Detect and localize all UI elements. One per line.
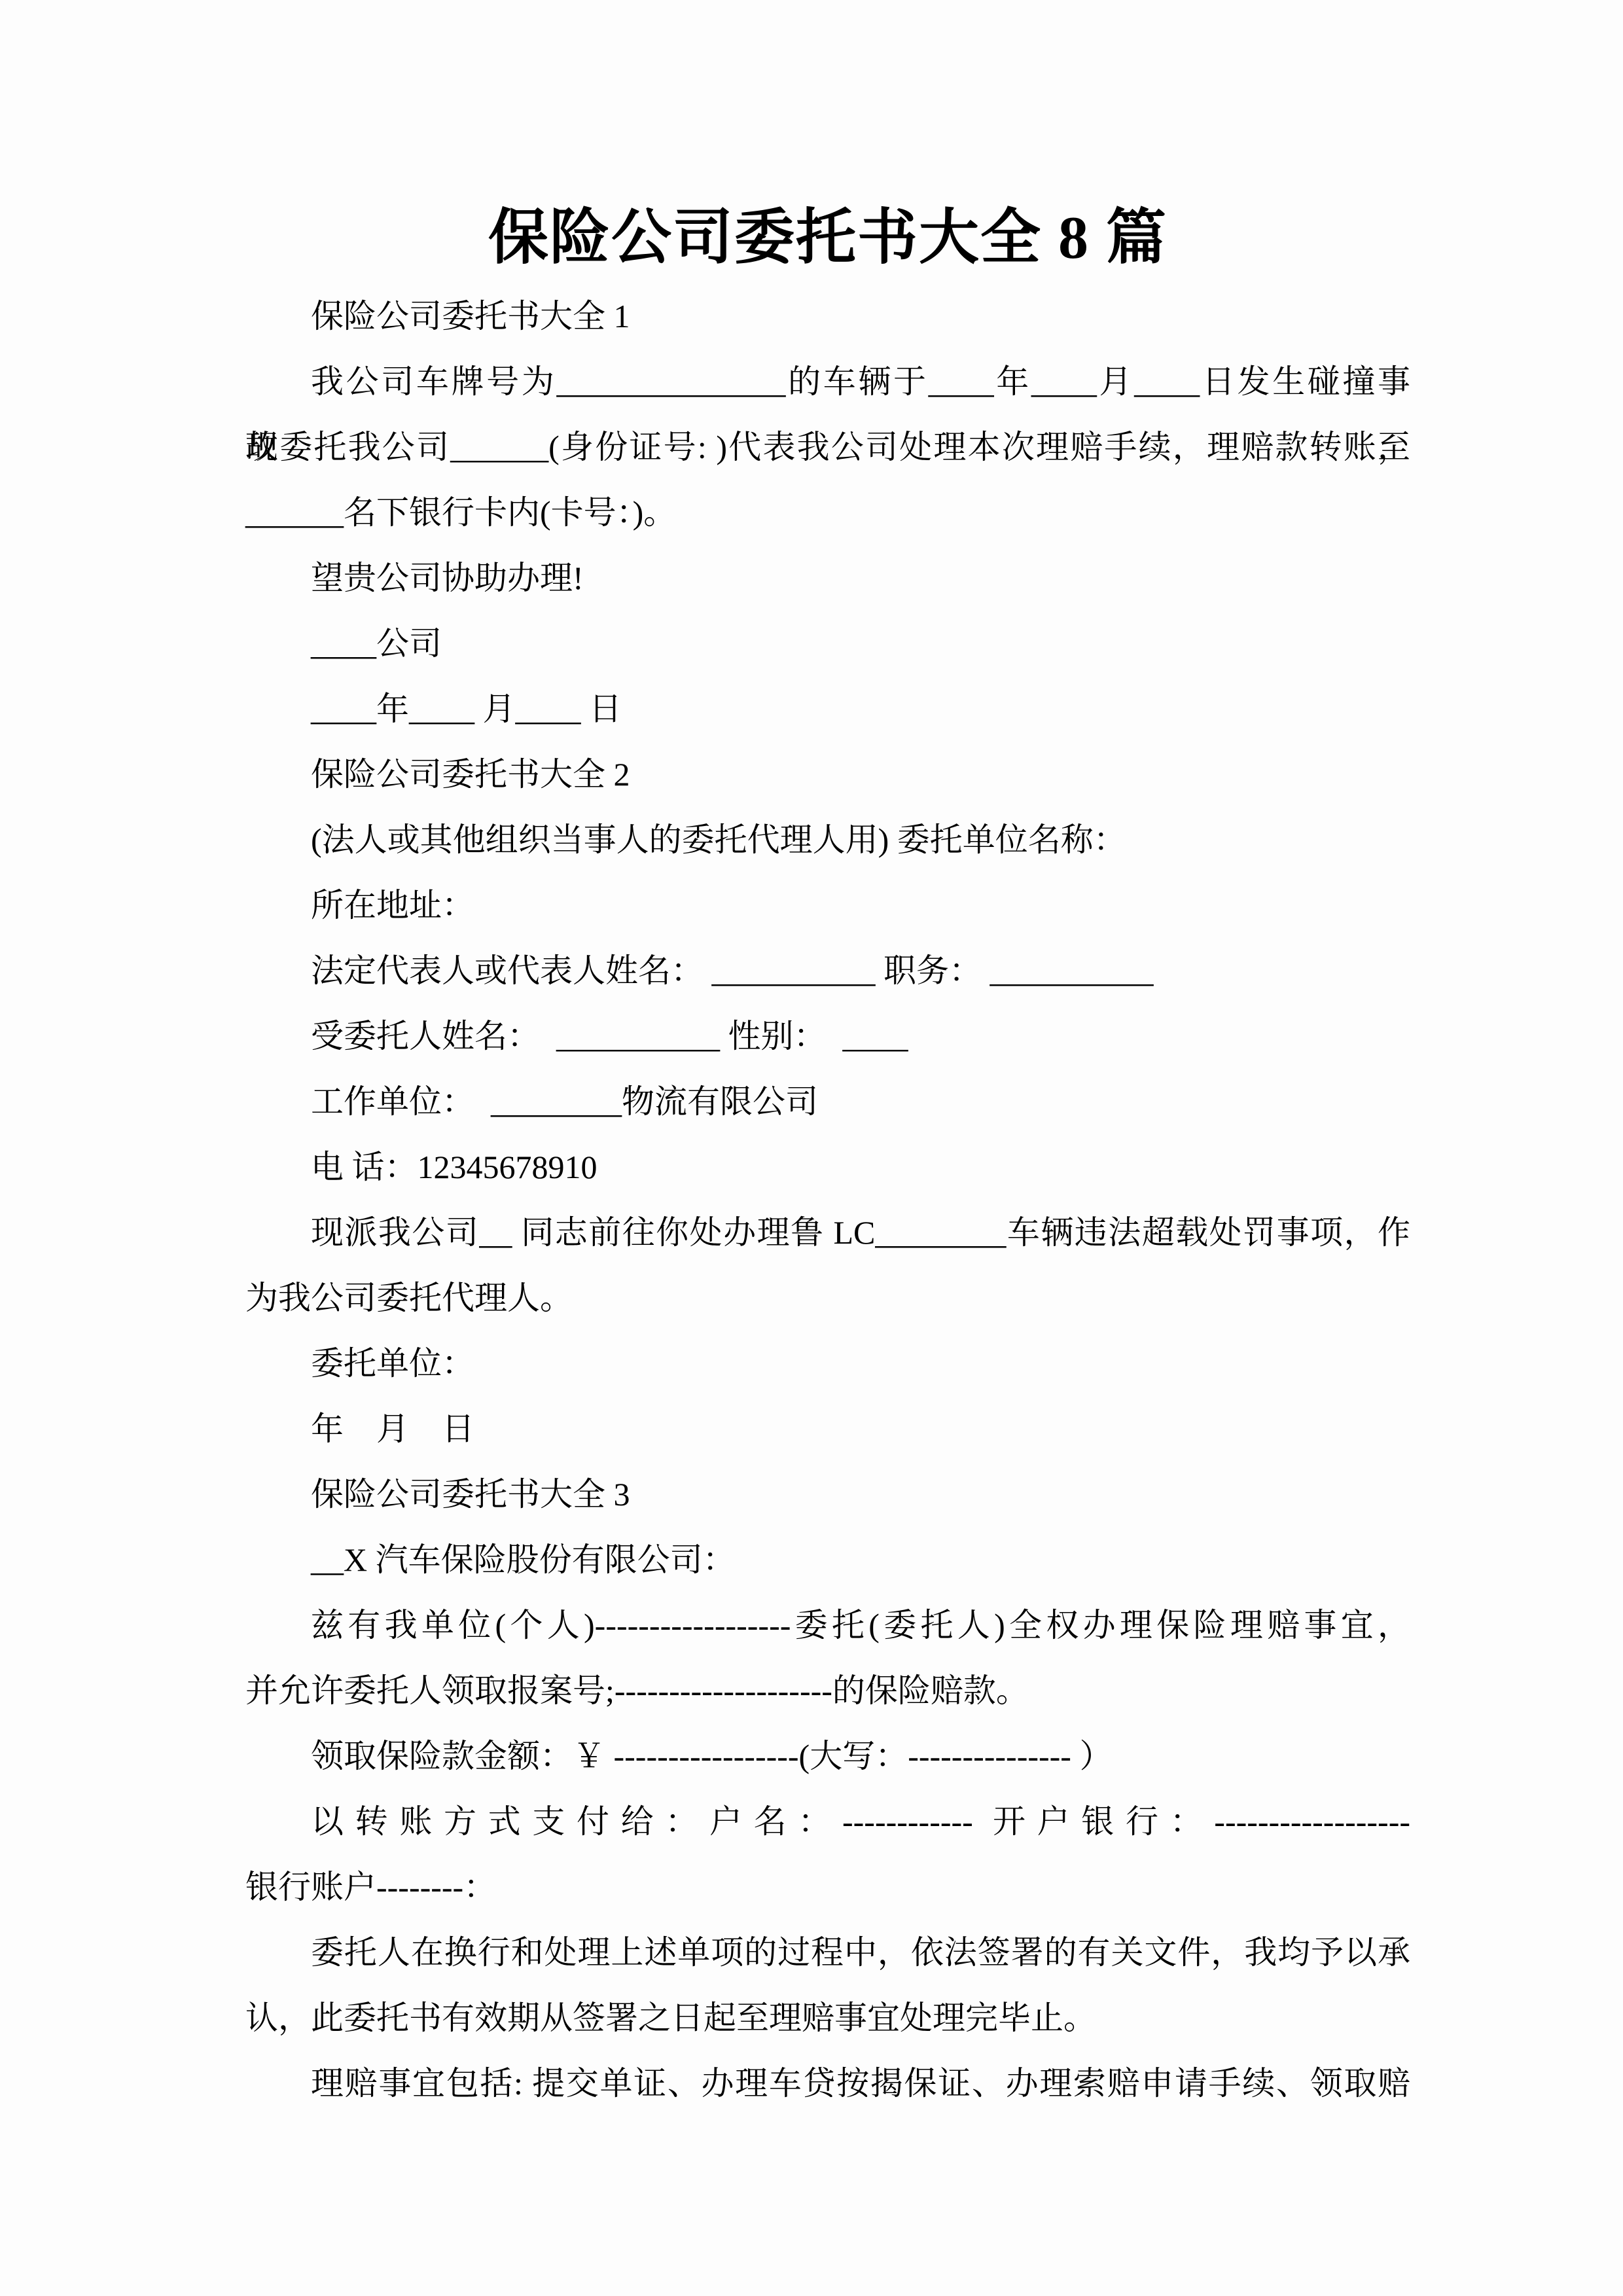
document-line: 以转账方式支付给：户名：------------ 开户银行：----------… [245, 1789, 1410, 1854]
document-line: 领取保险款金额：￥ -----------------(大写：---------… [245, 1723, 1410, 1789]
document-line: 并允许委托人领取报案号;--------------------的保险赔款。 [245, 1658, 1410, 1723]
document-line: 望贵公司协助办理! [245, 545, 1410, 611]
document-line: 受委托人姓名： __________ 性别： ____ [245, 1003, 1410, 1069]
document-line: 所在地址： [245, 872, 1410, 938]
document-line: 工作单位： ________物流有限公司 [245, 1069, 1410, 1134]
document-line: 保险公司委托书大全 2 [245, 742, 1410, 807]
document-line: 委托人在换行和处理上述单项的过程中，依法签署的有关文件，我均予以承 [245, 1920, 1410, 1985]
document-line: ______名下银行卡内(卡号：)。 [245, 480, 1410, 545]
document-line: 法定代表人或代表人姓名： __________ 职务： __________ [245, 938, 1410, 1003]
document-line: 保险公司委托书大全 1 [245, 283, 1410, 349]
document-line: 理赔事宜包括: 提交单证、办理车贷按揭保证、办理索赔申请手续、领取赔 [245, 2051, 1410, 2116]
document-title: 保险公司委托书大全 8 篇 [245, 202, 1410, 274]
document-line: 现派我公司__ 同志前往你处办理鲁 LC________车辆违法超载处罚事项，作 [245, 1200, 1410, 1265]
document-line: 认，此委托书有效期从签署之日起至理赔事宜处理完毕止。 [245, 1985, 1410, 2051]
document-line: 年 月 日 [245, 1396, 1410, 1462]
document-line: 保险公司委托书大全 3 [245, 1462, 1410, 1527]
document-line: ____公司 [245, 611, 1410, 676]
document-line: 为我公司委托代理人。 [245, 1265, 1410, 1331]
document-line: 银行账户--------： [245, 1854, 1410, 1920]
document-line: 现委托我公司______(身份证号: )代表我公司处理本次理赔手续，理赔款转账至 [245, 414, 1410, 480]
document-line: 电 话：12345678910 [245, 1134, 1410, 1200]
document-line: __X 汽车保险股份有限公司： [245, 1527, 1410, 1592]
document-line: 委托单位： [245, 1331, 1410, 1396]
document-line: (法人或其他组织当事人的委托代理人用) 委托单位名称： [245, 807, 1410, 872]
document-line: ____年____ 月____ 日 [245, 676, 1410, 742]
document-page: 保险公司委托书大全 8 篇 保险公司委托书大全 1我公司车牌号为________… [0, 0, 1623, 2296]
document-body: 保险公司委托书大全 1我公司车牌号为______________的车辆于____… [245, 283, 1410, 2116]
document-line: 我公司车牌号为______________的车辆于____年____月____日… [245, 349, 1410, 414]
document-line: 兹有我单位(个人)------------------委托(委托人)全权办理保险… [245, 1592, 1410, 1658]
